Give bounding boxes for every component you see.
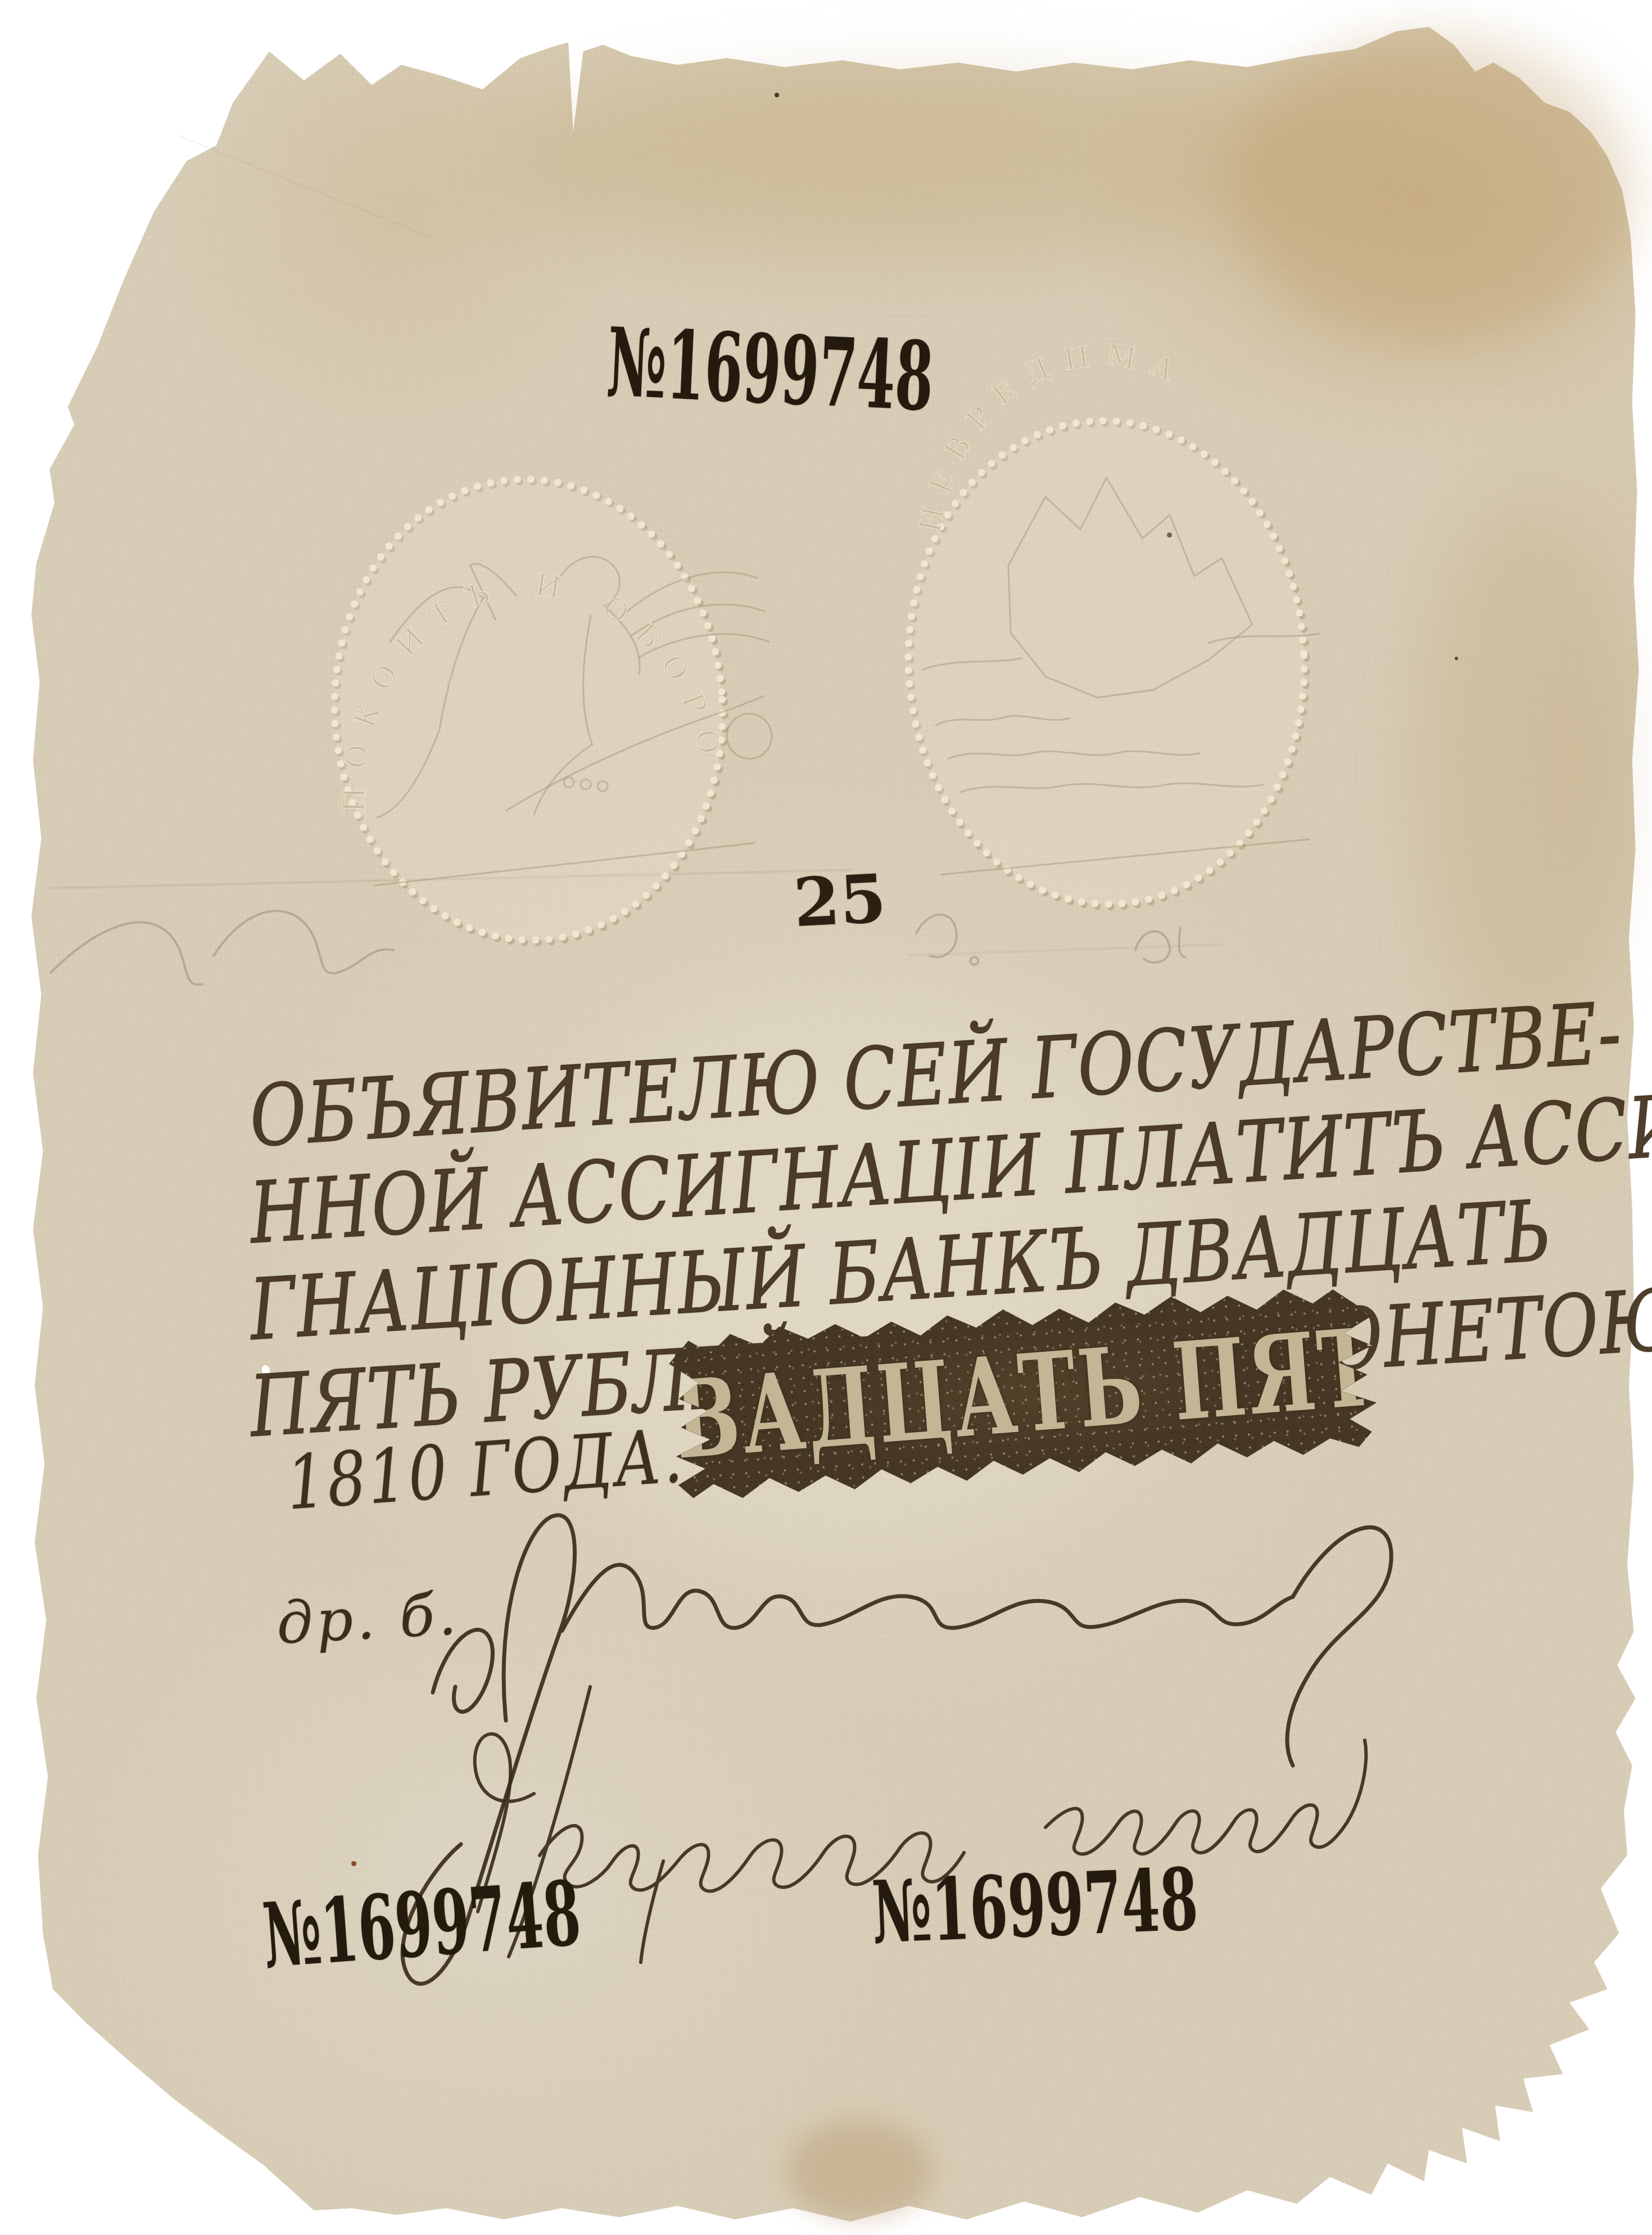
right-embossed-seal: НЕВРЕДИМА <box>897 331 1329 914</box>
left-embossed-seal: ПОКОИТЪ И ОБОРОНЯЕТЪ <box>0 0 785 972</box>
serial-number-top: №1699748 <box>605 306 936 432</box>
banknote-scan: ПОКОИТЪ И ОБОРОНЯЕТЪ НЕВРЕДИМА <box>0 0 1652 2235</box>
serial-number-bottom-center: №1699748 <box>870 1849 1200 1963</box>
signature-prefix: др. б. <box>275 1581 461 1658</box>
denomination-numeral: 25 <box>791 859 888 942</box>
